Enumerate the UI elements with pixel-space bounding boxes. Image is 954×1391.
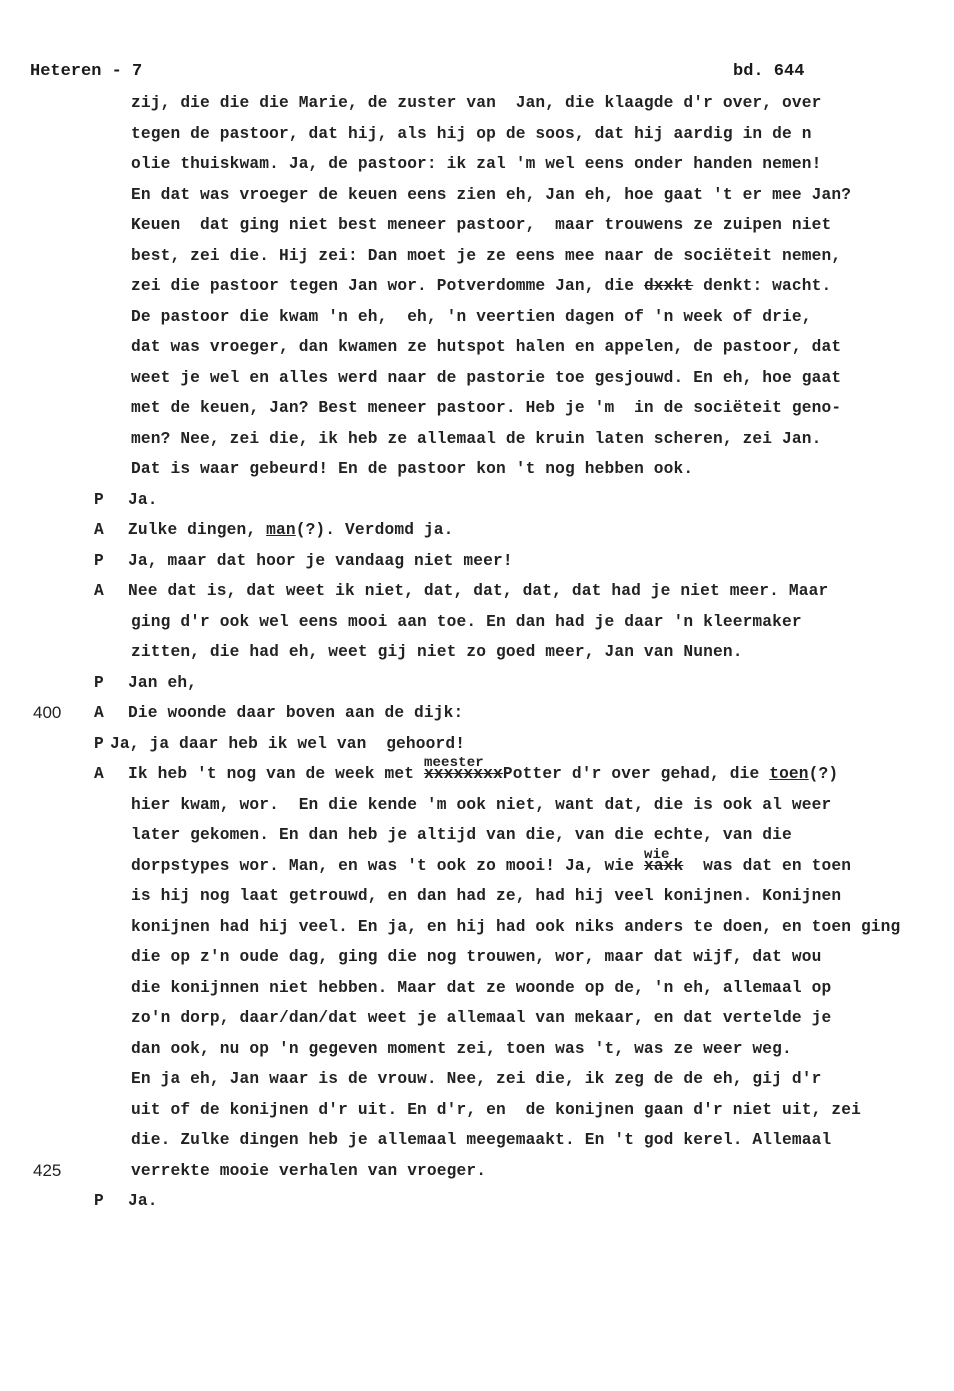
transcript-line: hier kwam, wor. En die kende 'm ook niet… xyxy=(131,795,831,815)
text-segment: zitten, die had eh, weet gij niet zo goe… xyxy=(131,643,743,661)
transcript-line: die. Zulke dingen heb je allemaal meegem… xyxy=(131,1130,831,1150)
text-segment: Die woonde daar boven aan de dijk: xyxy=(128,704,463,722)
text-segment: De pastoor die kwam 'n eh, eh, 'n veerti… xyxy=(131,308,812,326)
transcript-line: Dat is waar gebeurd! En de pastoor kon '… xyxy=(131,459,693,479)
transcript-line: konijnen had hij veel. En ja, en hij had… xyxy=(131,917,900,937)
text-segment: En ja eh, Jan waar is de vrouw. Nee, zei… xyxy=(131,1070,822,1088)
transcript-line: olie thuiskwam. Ja, de pastoor: ik zal '… xyxy=(131,154,822,174)
text-segment: Ja. xyxy=(128,491,158,509)
typed-correction: meesterxxxxxxxx xyxy=(424,764,503,784)
text-segment: Nee dat is, dat weet ik niet, dat, dat, … xyxy=(128,582,828,600)
margin-line-number: 425 xyxy=(33,1161,61,1181)
text-segment: later gekomen. En dan heb je altijd van … xyxy=(131,826,792,844)
transcript-line: Die woonde daar boven aan de dijk: xyxy=(128,703,463,723)
transcript-line: Keuen dat ging niet best meneer pastoor,… xyxy=(131,215,831,235)
text-segment: dat was vroeger, dan kwamen ze hutspot h… xyxy=(131,338,841,356)
page-number: bd. 644 xyxy=(733,62,804,81)
speaker-label: P xyxy=(94,1191,104,1211)
transcript-line: Jan eh, xyxy=(128,673,197,693)
text-segment: dorpstypes wor. Man, en was 't ook zo mo… xyxy=(131,857,644,875)
text-segment: is hij nog laat getrouwd, en dan had ze,… xyxy=(131,887,841,905)
text-segment: Ik heb 't nog van de week met xyxy=(128,765,424,783)
text-segment: was dat en toen xyxy=(683,857,851,875)
text-segment: Ja, maar dat hoor je vandaag niet meer! xyxy=(128,552,513,570)
underlined-text: toen xyxy=(769,765,808,783)
text-segment: best, zei die. Hij zei: Dan moet je ze e… xyxy=(131,247,841,265)
underlined-text: man xyxy=(266,521,296,539)
transcript-line: En ja eh, Jan waar is de vrouw. Nee, zei… xyxy=(131,1069,822,1089)
transcript-line: Ik heb 't nog van de week met meesterxxx… xyxy=(128,764,838,784)
text-segment: konijnen had hij veel. En ja, en hij had… xyxy=(131,918,900,936)
transcript-line: tegen de pastoor, dat hij, als hij op de… xyxy=(131,124,812,144)
transcript-line: zei die pastoor tegen Jan wor. Potverdom… xyxy=(131,276,831,296)
speaker-label: A xyxy=(94,764,104,784)
transcript-line: is hij nog laat getrouwd, en dan had ze,… xyxy=(131,886,841,906)
text-segment: Jan eh, xyxy=(128,674,197,692)
transcript-line: Ja, ja daar heb ik wel van gehoord! xyxy=(110,734,465,754)
struck-text: dxxkt xyxy=(644,277,693,295)
transcript-line: best, zei die. Hij zei: Dan moet je ze e… xyxy=(131,246,841,266)
text-segment: tegen de pastoor, dat hij, als hij op de… xyxy=(131,125,812,143)
text-segment: Keuen dat ging niet best meneer pastoor,… xyxy=(131,216,831,234)
text-segment: men? Nee, zei die, ik heb ze allemaal de… xyxy=(131,430,822,448)
transcript-line: Nee dat is, dat weet ik niet, dat, dat, … xyxy=(128,581,828,601)
transcript-line: weet je wel en alles werd naar de pastor… xyxy=(131,368,841,388)
transcript-line: die konijnnen niet hebben. Maar dat ze w… xyxy=(131,978,831,998)
text-segment: En dat was vroeger de keuen eens zien eh… xyxy=(131,186,851,204)
text-segment: olie thuiskwam. Ja, de pastoor: ik zal '… xyxy=(131,155,822,173)
transcript-line: verrekte mooie verhalen van vroeger. xyxy=(131,1161,486,1181)
text-segment: zei die pastoor tegen Jan wor. Potverdom… xyxy=(131,277,644,295)
text-segment: ging d'r ook wel eens mooi aan toe. En d… xyxy=(131,613,802,631)
transcript-line: Ja. xyxy=(128,1191,158,1211)
text-segment: die. Zulke dingen heb je allemaal meegem… xyxy=(131,1131,831,1149)
text-segment: (?). Verdomd ja. xyxy=(296,521,454,539)
speaker-label: P xyxy=(94,551,104,571)
transcript-line: men? Nee, zei die, ik heb ze allemaal de… xyxy=(131,429,822,449)
text-segment: (?) xyxy=(809,765,839,783)
transcript-line: dorpstypes wor. Man, en was 't ook zo mo… xyxy=(131,856,851,876)
text-segment: die op z'n oude dag, ging die nog trouwe… xyxy=(131,948,822,966)
margin-line-number: 400 xyxy=(33,703,61,723)
transcript-line: zij, die die die Marie, de zuster van Ja… xyxy=(131,93,822,113)
transcript-line: uit of de konijnen d'r uit. En d'r, en d… xyxy=(131,1100,861,1120)
text-segment: hier kwam, wor. En die kende 'm ook niet… xyxy=(131,796,831,814)
transcript-line: met de keuen, Jan? Best meneer pastoor. … xyxy=(131,398,841,418)
speaker-label: A xyxy=(94,703,104,723)
transcript-line: zitten, die had eh, weet gij niet zo goe… xyxy=(131,642,743,662)
text-segment: zij, die die die Marie, de zuster van Ja… xyxy=(131,94,822,112)
text-segment: Zulke dingen, xyxy=(128,521,266,539)
text-segment: dan ook, nu op 'n gegeven moment zei, to… xyxy=(131,1040,792,1058)
transcript-line: Zulke dingen, man(?). Verdomd ja. xyxy=(128,520,454,540)
text-segment: uit of de konijnen d'r uit. En d'r, en d… xyxy=(131,1101,861,1119)
text-segment: Dat is waar gebeurd! En de pastoor kon '… xyxy=(131,460,693,478)
text-segment: zo'n dorp, daar/dan/dat weet je allemaal… xyxy=(131,1009,831,1027)
transcript-line: die op z'n oude dag, ging die nog trouwe… xyxy=(131,947,822,967)
speaker-label: P xyxy=(94,673,104,693)
text-segment: Potter d'r over gehad, die xyxy=(503,765,769,783)
transcript-line: Ja, maar dat hoor je vandaag niet meer! xyxy=(128,551,513,571)
transcript-page: Heteren - 7 bd. 644 zij, die die die Mar… xyxy=(0,0,954,1391)
transcript-line: dat was vroeger, dan kwamen ze hutspot h… xyxy=(131,337,841,357)
transcript-line: zo'n dorp, daar/dan/dat weet je allemaal… xyxy=(131,1008,831,1028)
text-segment: weet je wel en alles werd naar de pastor… xyxy=(131,369,841,387)
transcript-line: ging d'r ook wel eens mooi aan toe. En d… xyxy=(131,612,802,632)
text-segment: Ja. xyxy=(128,1192,158,1210)
text-segment: met de keuen, Jan? Best meneer pastoor. … xyxy=(131,399,841,417)
speaker-label: A xyxy=(94,581,104,601)
text-segment: verrekte mooie verhalen van vroeger. xyxy=(131,1162,486,1180)
transcript-line: Ja. xyxy=(128,490,158,510)
text-segment: denkt: wacht. xyxy=(693,277,831,295)
transcript-line: En dat was vroeger de keuen eens zien eh… xyxy=(131,185,851,205)
transcript-line: De pastoor die kwam 'n eh, eh, 'n veerti… xyxy=(131,307,812,327)
page-header-title: Heteren - 7 xyxy=(30,62,142,81)
transcript-line: dan ook, nu op 'n gegeven moment zei, to… xyxy=(131,1039,792,1059)
typed-correction: wiexaxk xyxy=(644,856,683,876)
speaker-label: P xyxy=(94,734,104,754)
speaker-label: A xyxy=(94,520,104,540)
transcript-line: later gekomen. En dan heb je altijd van … xyxy=(131,825,792,845)
speaker-label: P xyxy=(94,490,104,510)
text-segment: die konijnnen niet hebben. Maar dat ze w… xyxy=(131,979,831,997)
text-segment: Ja, ja daar heb ik wel van gehoord! xyxy=(110,735,465,753)
